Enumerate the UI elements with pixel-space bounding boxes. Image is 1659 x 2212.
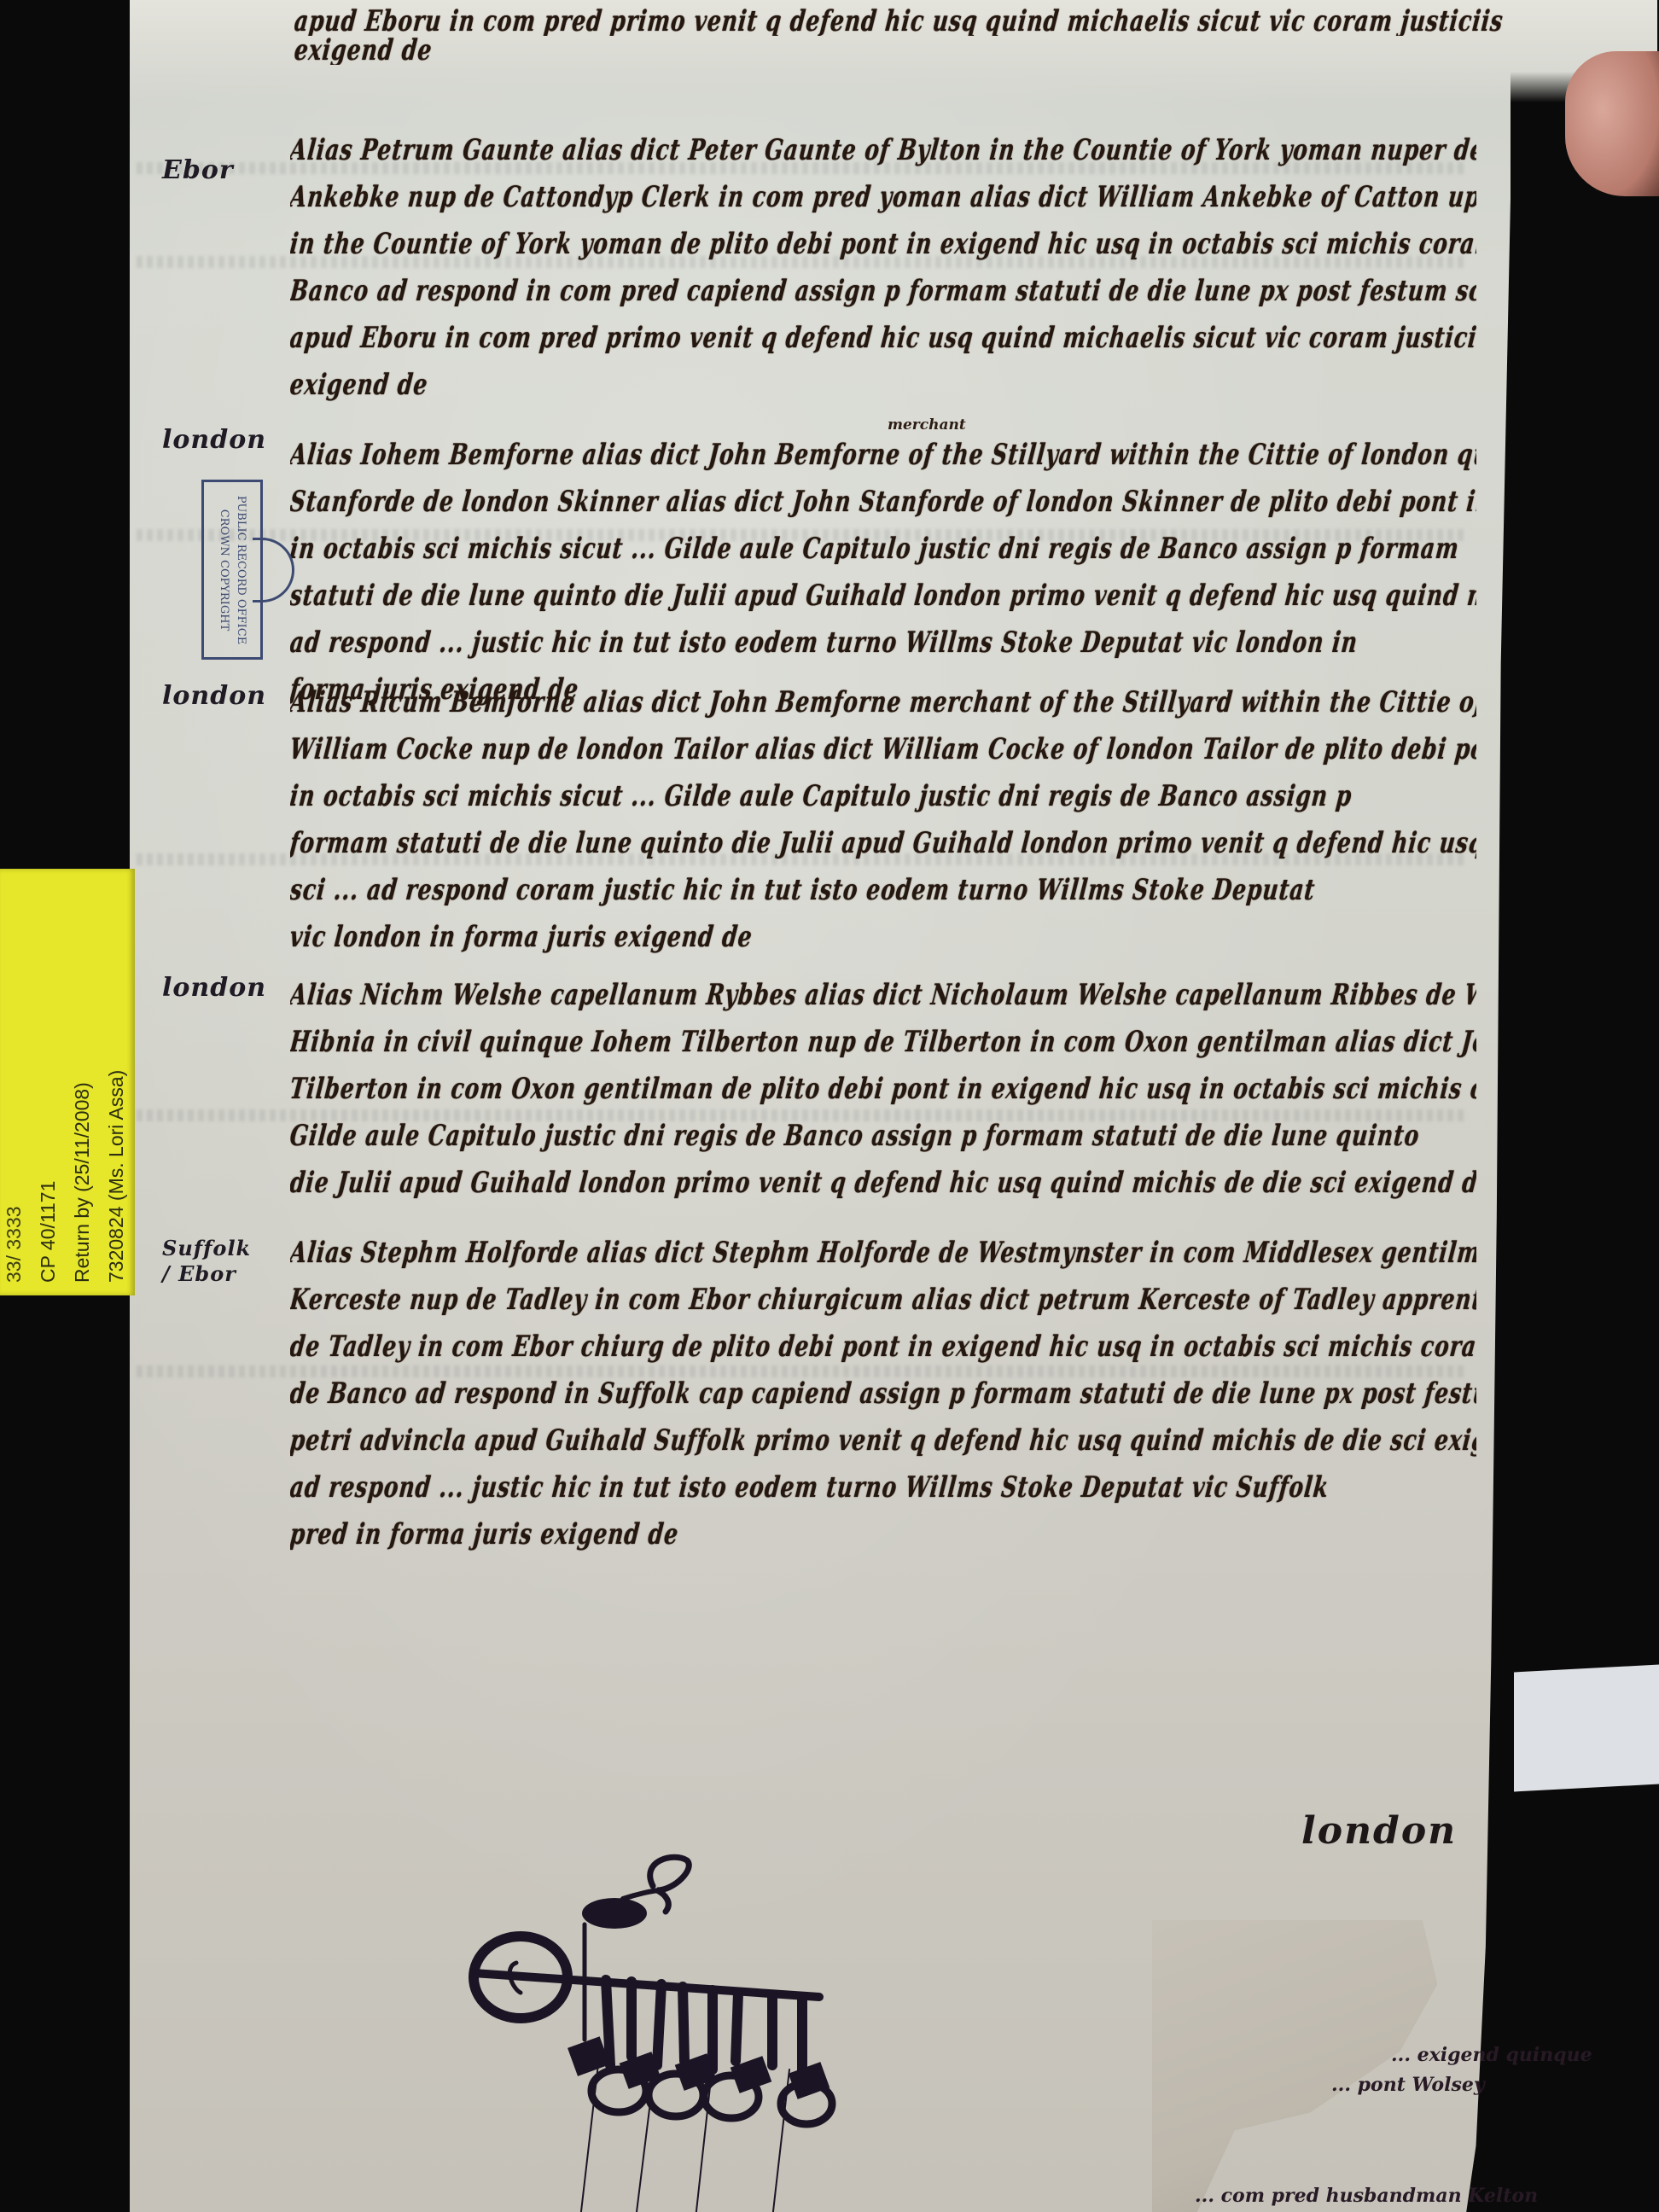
- text-line: vic london in forma juris exigend de: [290, 913, 1476, 960]
- roll-entry: Alias Ricum Bemforne alias dict John Bem…: [290, 678, 1476, 960]
- text-line: petri advincla apud Guihald Suffolk prim…: [290, 1417, 1476, 1464]
- text-line: Tilberton in com Oxon gentilman de plito…: [290, 1065, 1476, 1112]
- tag-reference: CP 40/1171: [31, 873, 65, 1283]
- text-line: ad respond ... justic hic in tut isto eo…: [290, 619, 1476, 666]
- tag-requester: 7320824 (Ms. Lori Assa): [99, 873, 133, 1283]
- fold-text-line: ... exigend quinque: [1391, 2044, 1592, 2066]
- margin-county-label: london: [162, 973, 266, 1003]
- fold-text-line: ... pont Wolsey: [1331, 2074, 1485, 2096]
- text-line: die Julii apud Guihald london primo veni…: [290, 1159, 1476, 1206]
- roll-entry: Alias Nichm Welshe capellanum Rybbes ali…: [290, 971, 1476, 1206]
- text-line: Stanforde de london Skinner alias dict J…: [290, 478, 1476, 525]
- paper-slip: [1514, 1665, 1659, 1792]
- text-line: apud Eboru in com pred primo venit q def…: [290, 314, 1476, 361]
- text-line: Alias Petrum Gaunte alias dict Peter Gau…: [290, 126, 1476, 173]
- fold-text-line: ... com pred husbandman Kelton: [1195, 2185, 1538, 2207]
- margin-county-label: london: [162, 425, 266, 455]
- text-line: sci ... ad respond coram justic hic in t…: [290, 866, 1476, 913]
- text-line: in octabis sci michis sicut ... Gilde au…: [290, 525, 1476, 572]
- previous-entry-tail: apud Eboru in com pred primo venit q def…: [294, 7, 1523, 65]
- text-line: de Banco ad respond in Suffolk cap capie…: [290, 1370, 1476, 1417]
- notarial-flourish-icon: [452, 1843, 845, 2212]
- text-line: Banco ad respond in com pred capiend ass…: [290, 267, 1476, 314]
- text-line: ad respond ... justic hic in tut isto eo…: [290, 1464, 1476, 1511]
- text-line: Ankebke nup de Cattondyp Clerk in com pr…: [290, 173, 1476, 220]
- archive-request-tag: 33/ 3333 CP 40/1171 Return by (25/11/200…: [0, 869, 135, 1295]
- clerk-signature: london: [1301, 1809, 1457, 1853]
- text-line: Kerceste nup de Tadley in com Ebor chiur…: [290, 1276, 1476, 1323]
- roll-entry: Alias Petrum Gaunte alias dict Peter Gau…: [290, 126, 1476, 408]
- tag-return-date: Return by (25/11/2008): [65, 873, 99, 1283]
- holder-thumb: [1565, 51, 1659, 196]
- roll-entry: Alias Iohem Bemforne alias dict John Bem…: [290, 431, 1476, 713]
- roll-entry: Alias Stephm Holforde alias dict Stephm …: [290, 1229, 1476, 1557]
- tag-line-cut: 33/ 3333: [0, 873, 31, 1283]
- text-line: exigend de: [294, 36, 1523, 65]
- text-line: statuti de die lune quinto die Julii apu…: [290, 572, 1476, 619]
- text-line: Alias Iohem Bemforne alias dict John Bem…: [290, 431, 1476, 478]
- text-line: Alias Ricum Bemforne alias dict John Bem…: [290, 678, 1476, 725]
- tag-text: 33/ 3333 CP 40/1171 Return by (25/11/200…: [9, 873, 133, 1283]
- text-line: formam statuti de die lune quinto die Ju…: [290, 819, 1476, 866]
- text-line: pred in forma juris exigend de: [290, 1511, 1476, 1557]
- text-line: Hibnia in civil quinque Iohem Tilberton …: [290, 1018, 1476, 1065]
- margin-county-label: london: [162, 681, 266, 711]
- text-line: in octabis sci michis sicut ... Gilde au…: [290, 772, 1476, 819]
- text-line: Gilde aule Capitulo justic dni regis de …: [290, 1112, 1476, 1159]
- margin-county-label: Suffolk / Ebor: [162, 1236, 265, 1287]
- text-line: Alias Nichm Welshe capellanum Rybbes ali…: [290, 971, 1476, 1018]
- text-line: in the Countie of York yoman de plito de…: [290, 220, 1476, 267]
- text-line: exigend de: [290, 361, 1476, 408]
- text-line: de Tadley in com Ebor chiurg de plito de…: [290, 1323, 1476, 1370]
- text-line: William Cocke nup de london Tailor alias…: [290, 725, 1476, 772]
- text-line: Alias Stephm Holforde alias dict Stephm …: [290, 1229, 1476, 1276]
- text-line: apud Eboru in com pred primo venit q def…: [294, 7, 1523, 36]
- margin-county-label: Ebor: [162, 155, 234, 185]
- stamp-text: PUBLIC RECORD OFFICE CROWN COPYRIGHT: [215, 495, 249, 643]
